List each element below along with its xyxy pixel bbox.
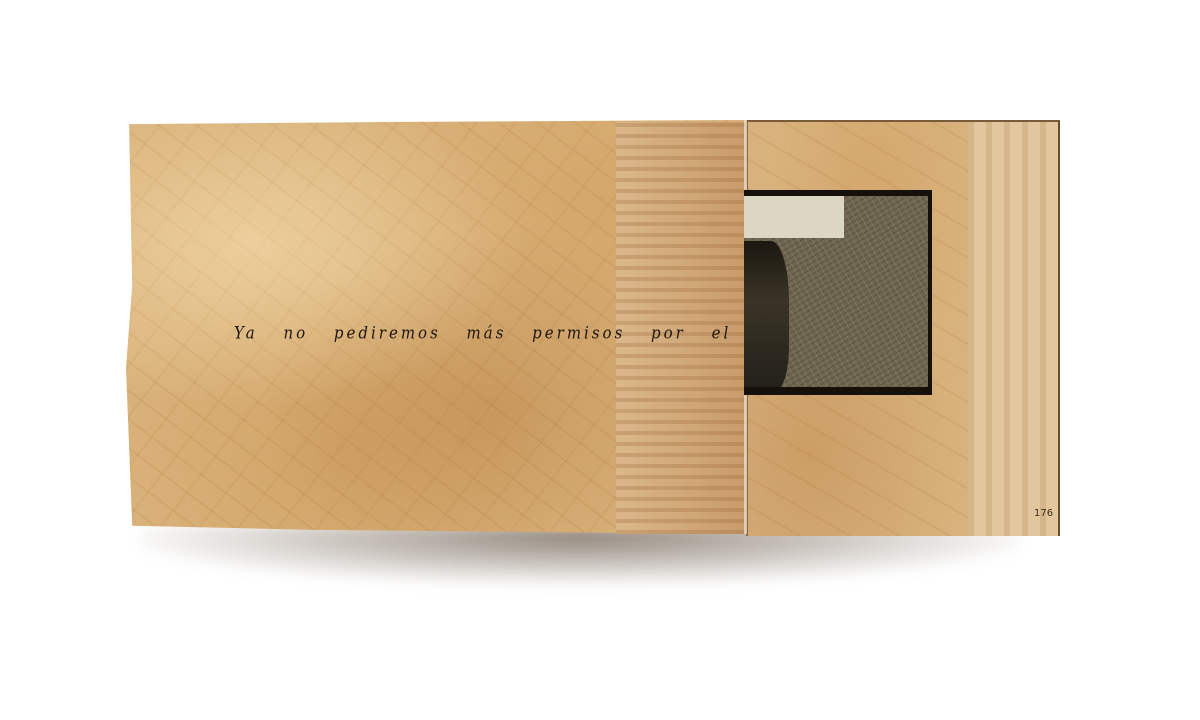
sepia-photograph: [744, 190, 932, 395]
photo-figure: [744, 241, 789, 387]
artist-book: Ya no pediremos más permisos por el resc…: [126, 118, 1056, 536]
right-stained-strip: [968, 122, 1058, 536]
photo-stone: [744, 196, 844, 238]
photo-image: [744, 196, 928, 387]
page-mark: 176: [1034, 508, 1053, 519]
